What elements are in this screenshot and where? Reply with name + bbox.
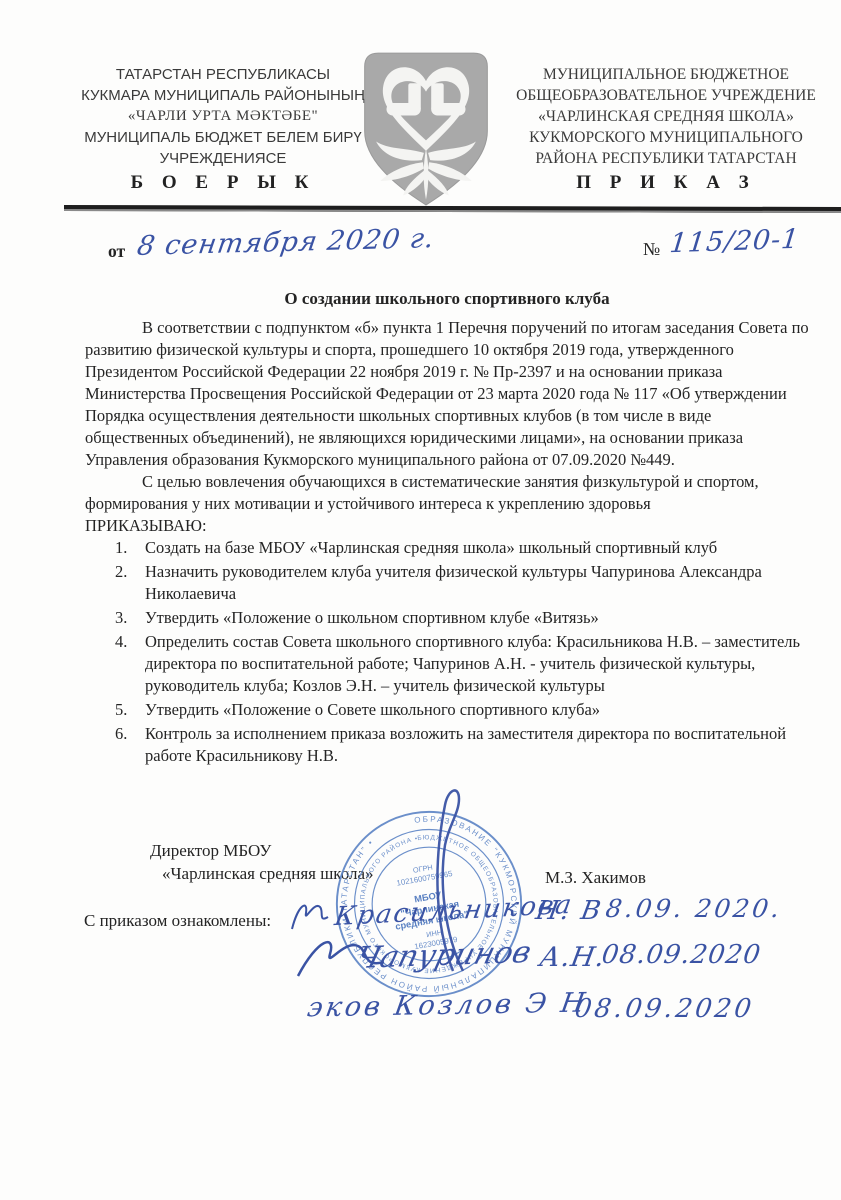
shield-icon bbox=[360, 50, 492, 208]
ack-row3-date: 08.09.2020 bbox=[573, 994, 756, 1024]
handwritten-order-number: 115/20-1 bbox=[668, 224, 801, 259]
ack-row3-signature-name: эков Козлов Э Н bbox=[305, 988, 590, 1024]
ack-row2-signature-name: Чапуринов bbox=[353, 935, 535, 976]
order-item: 5. Утвердить «Положение о Совете школьно… bbox=[85, 699, 811, 721]
order-body: В соответствии с подпунктом «б» пункта 1… bbox=[85, 317, 811, 769]
ack-row2-date: 08.09.2020 bbox=[600, 940, 763, 970]
order-item-number: 6. bbox=[115, 723, 127, 745]
order-item-text: Создать на базе МБОУ «Чарлинская средняя… bbox=[145, 538, 717, 557]
director-title-line1: Директор МБОУ bbox=[150, 841, 271, 861]
doc-type-russian: П Р И К А З bbox=[498, 172, 834, 194]
order-item-number: 2. bbox=[115, 561, 127, 583]
org-name-line: ОБЩЕОБРАЗОВАТЕЛЬНОЕ УЧРЕЖДЕНИЕ bbox=[498, 85, 834, 106]
scanned-order-document: ТАТАРСТАН РЕСПУБЛИКАСЫ КУКМАРА МУНИЦИПАЛ… bbox=[0, 0, 841, 1200]
paragraph-legal-basis: В соответствии с подпунктом «б» пункта 1… bbox=[85, 317, 811, 471]
date-from-label: от bbox=[108, 241, 125, 262]
org-name-line: РАЙОНА РЕСПУБЛИКИ ТАТАРСТАН bbox=[498, 148, 834, 169]
order-item-number: 3. bbox=[115, 607, 127, 629]
org-name-line: МУНИЦИПАЛЬНОЕ БЮДЖЕТНОЕ bbox=[498, 64, 834, 85]
order-item: 6. Контроль за исполнением приказа возло… bbox=[85, 723, 811, 767]
org-name-line: «ЧАРЛИНСКАЯ СРЕДНЯЯ ШКОЛА» bbox=[498, 106, 834, 127]
doc-type-tatar: Б О Е Р Ы К bbox=[66, 172, 380, 194]
acknowledged-label: С приказом ознакомлены: bbox=[84, 911, 271, 931]
order-item-text: Контроль за исполнением приказа возложит… bbox=[145, 724, 786, 765]
order-item-text: Утвердить «Положение о Совете школьного … bbox=[145, 700, 600, 719]
ack-row1-initials: Н. В bbox=[533, 896, 605, 926]
ack-row2-initials: А.Н. bbox=[537, 942, 608, 973]
org-name-tatar-line: МУНИЦИПАЛЬ БЮДЖЕТ БЕЛЕМ БИРҮ bbox=[66, 127, 380, 148]
order-item: 2. Назначить руководителем клуба учителя… bbox=[85, 561, 811, 605]
order-item-number: 4. bbox=[115, 631, 127, 653]
handwritten-date: 8 сентября 2020 г. bbox=[135, 223, 437, 262]
org-name-tatar-line: КУКМАРА МУНИЦИПАЛЬ РАЙОНЫНЫҢ bbox=[66, 85, 380, 106]
org-name-tatar-line: УЧРЕЖДЕНИЯСЕ bbox=[66, 148, 380, 169]
order-title: О создании школьного спортивного клуба bbox=[85, 289, 809, 309]
coat-of-arms-emblem bbox=[360, 50, 492, 208]
order-item-number: 5. bbox=[115, 699, 127, 721]
header-right-russian: МУНИЦИПАЛЬНОЕ БЮДЖЕТНОЕ ОБЩЕОБРАЗОВАТЕЛЬ… bbox=[498, 64, 834, 169]
header-divider-rule bbox=[64, 205, 841, 213]
ack-row1-date: 8.09. 2020. bbox=[604, 894, 784, 923]
order-item-number: 1. bbox=[115, 537, 127, 559]
org-name-line: КУКМОРСКОГО МУНИЦИПАЛЬНОГО bbox=[498, 127, 834, 148]
director-name: М.З. Хакимов bbox=[545, 868, 646, 888]
org-name-tatar-line: «ЧАРЛИ УРТА МӘКТӘБЕ" bbox=[66, 106, 380, 127]
paragraph-purpose: С целью вовлечения обучающихся в система… bbox=[85, 471, 811, 515]
order-items-list: 1. Создать на базе МБОУ «Чарлинская сред… bbox=[85, 537, 811, 767]
number-sign-label: № bbox=[643, 239, 660, 260]
order-item: 3. Утвердить «Положение о школьном спорт… bbox=[85, 607, 811, 629]
order-verb-label: ПРИКАЗЫВАЮ: bbox=[85, 515, 811, 537]
header-left-tatar: ТАТАРСТАН РЕСПУБЛИКАСЫ КУКМАРА МУНИЦИПАЛ… bbox=[66, 64, 380, 169]
order-item-text: Назначить руководителем клуба учителя фи… bbox=[145, 562, 762, 603]
order-item-text: Утвердить «Положение о школьном спортивн… bbox=[145, 608, 599, 627]
order-item: 1. Создать на базе МБОУ «Чарлинская сред… bbox=[85, 537, 811, 559]
org-name-tatar-line: ТАТАРСТАН РЕСПУБЛИКАСЫ bbox=[66, 64, 380, 85]
order-item: 4. Определить состав Совета школьного сп… bbox=[85, 631, 811, 697]
order-item-text: Определить состав Совета школьного спорт… bbox=[145, 632, 800, 695]
